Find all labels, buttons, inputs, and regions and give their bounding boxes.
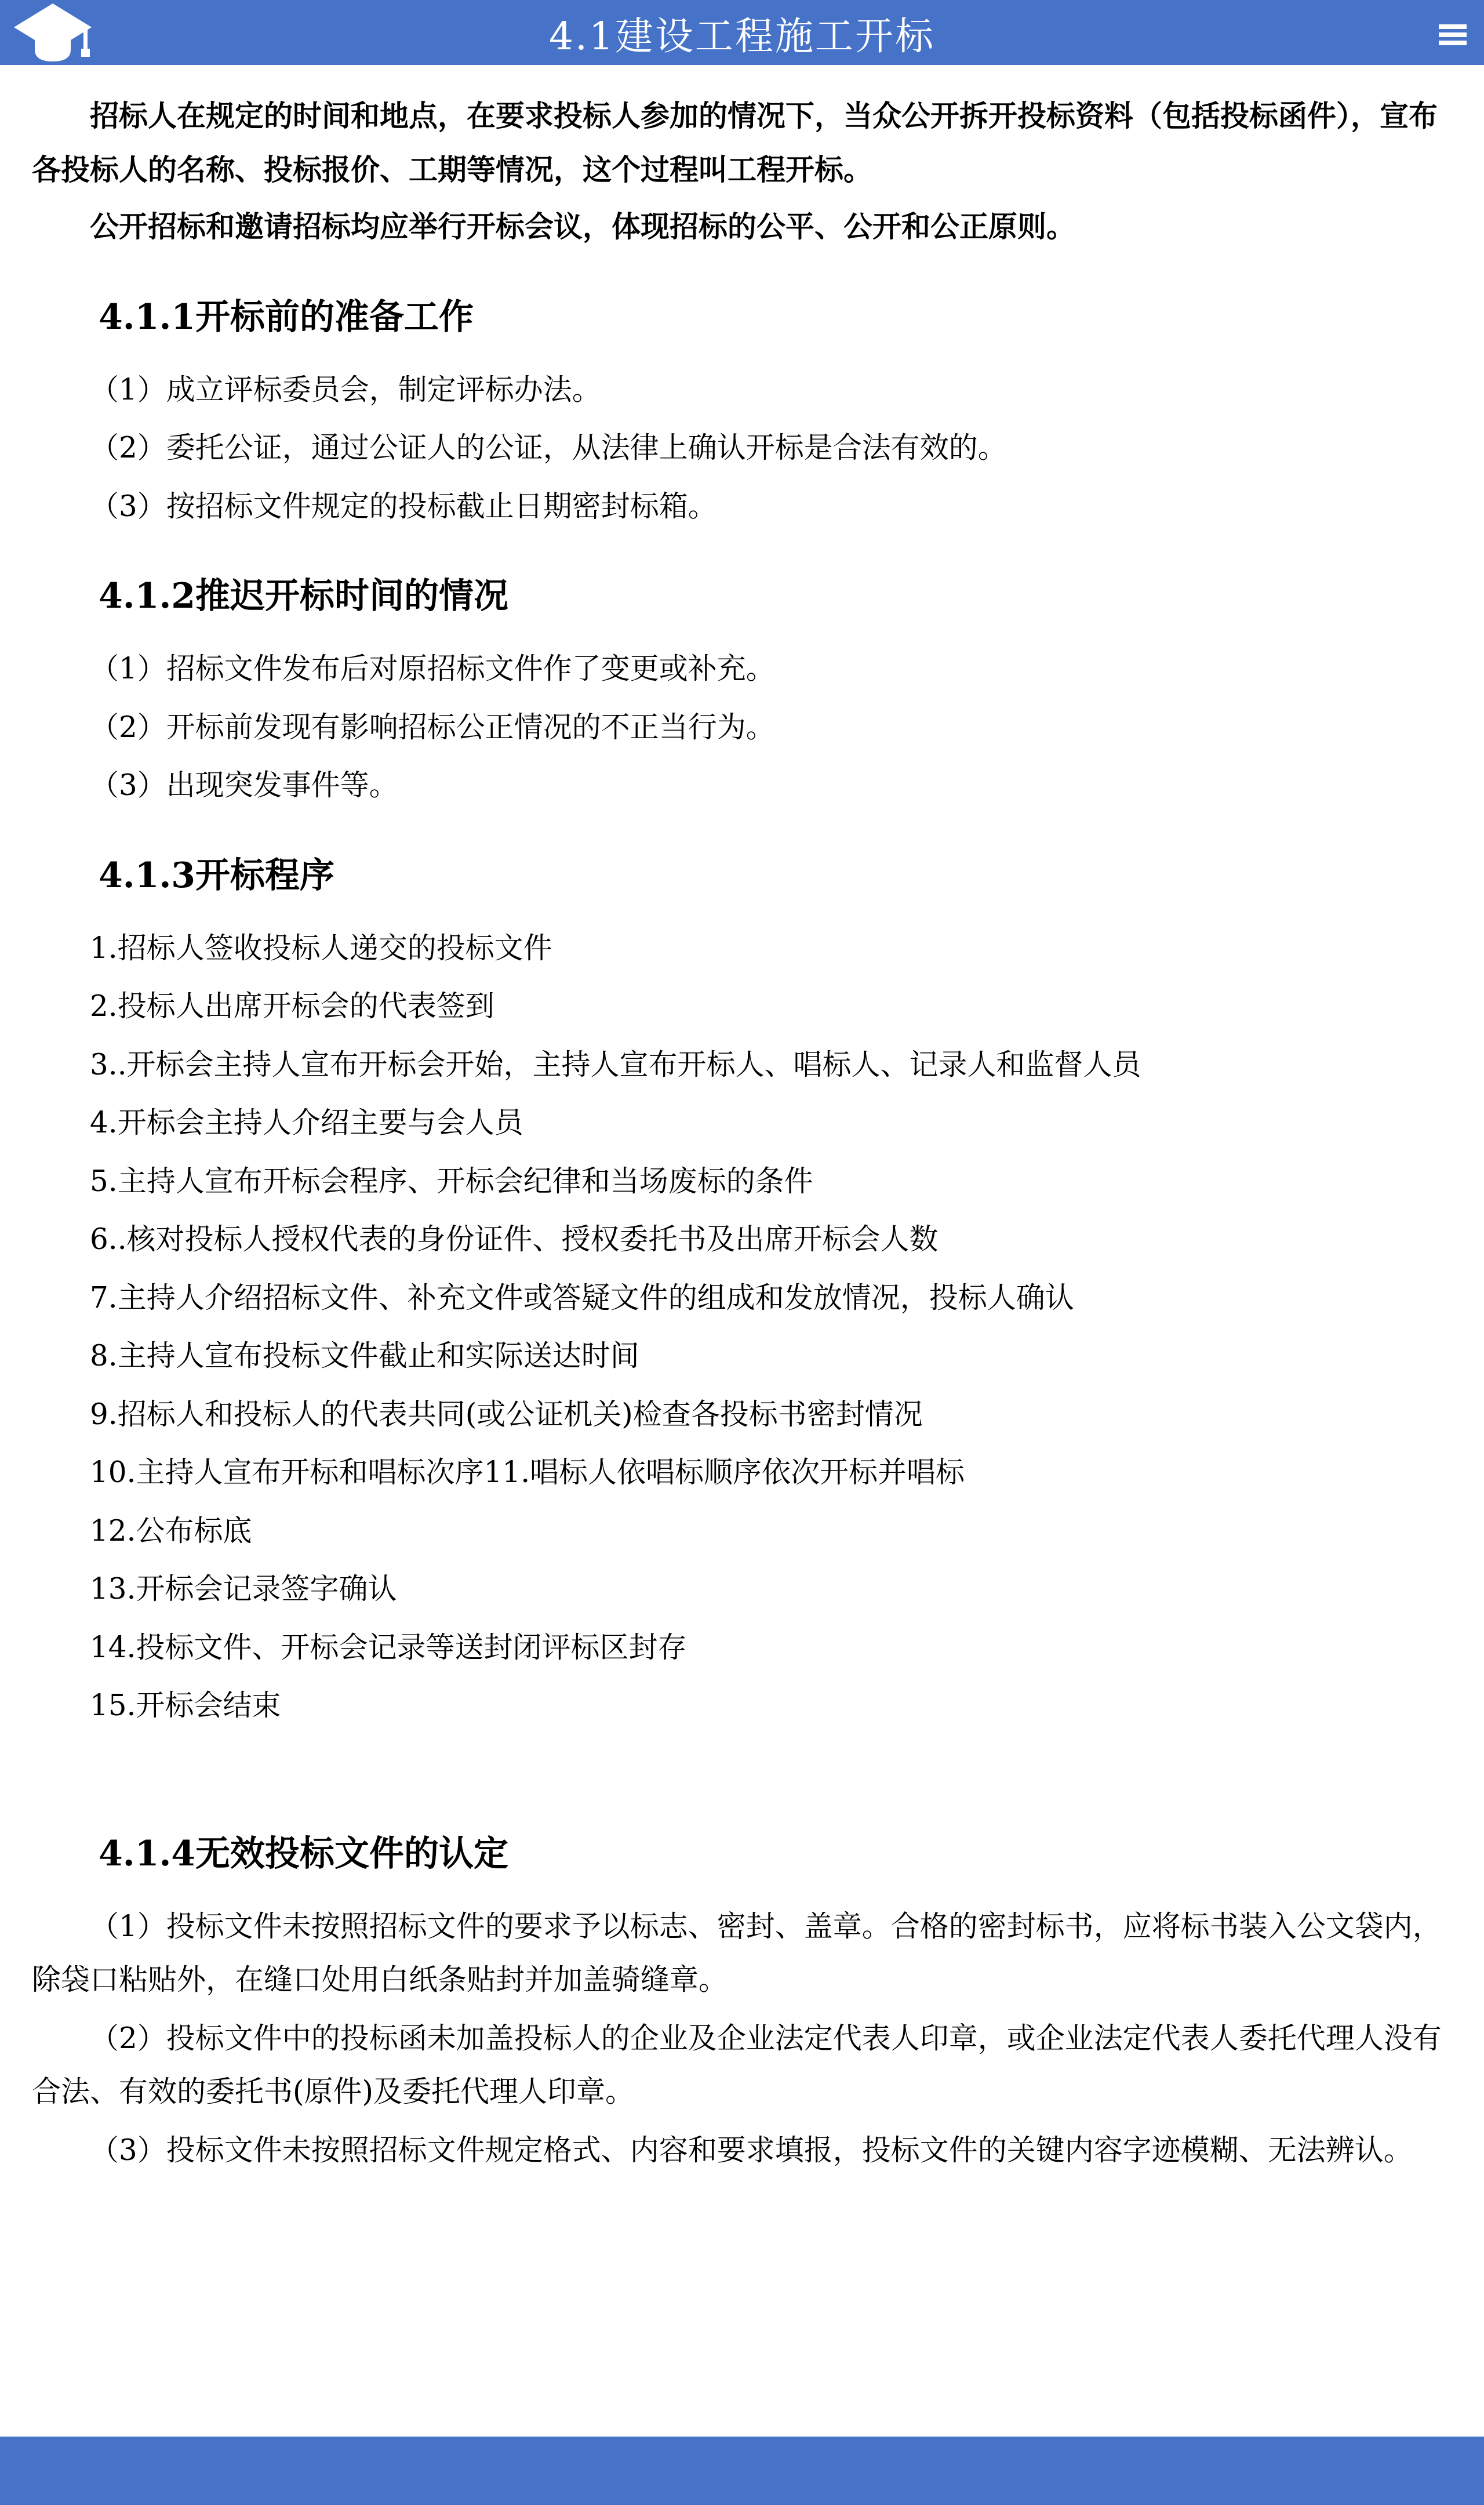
list-item: 12.公布标底 xyxy=(32,1504,1452,1558)
list-item: 4.开标会主持人介绍主要与会人员 xyxy=(32,1096,1452,1150)
list-item: 8.主持人宣布投标文件截止和实际送达时间 xyxy=(32,1329,1452,1383)
list-item: （3）投标文件未按照招标文件规定格式、内容和要求填报，投标文件的关键内容字迹模糊… xyxy=(32,2123,1452,2177)
list-item: （2）委托公证，通过公证人的公证，从法律上确认开标是合法有效的。 xyxy=(32,421,1452,475)
list-item: 15.开标会结束 xyxy=(32,1679,1452,1733)
list-item: 14.投标文件、开标会记录等送封闭评标区封存 xyxy=(32,1621,1452,1675)
app-header: 4.1建设工程施工开标 xyxy=(0,0,1484,65)
list-item: 1.招标人签收投标人递交的投标文件 xyxy=(32,921,1452,975)
intro-paragraph: 招标人在规定的时间和地点，在要求投标人参加的情况下，当众公开拆开投标资料（包括投… xyxy=(32,89,1452,197)
list-item: 7.主持人介绍招标文件、补充文件或答疑文件的组成和发放情况，投标人确认 xyxy=(32,1271,1452,1325)
graduation-cap-icon xyxy=(9,1,96,64)
list-item: 3..开标会主持人宣布开标会开始，主持人宣布开标人、唱标人、记录人和监督人员 xyxy=(32,1038,1452,1092)
list-item: 2.投标人出席开标会的代表签到 xyxy=(32,979,1452,1033)
list-item: 5.主持人宣布开标会程序、开标会纪律和当场废标的条件 xyxy=(32,1155,1452,1208)
list-item: （1）成立评标委员会，制定评标办法。 xyxy=(32,363,1452,417)
section-heading-4-1-4: 4.1.4无效投标文件的认定 xyxy=(99,1831,1452,1876)
list-item: （1）招标文件发布后对原招标文件作了变更或补充。 xyxy=(32,642,1452,696)
hamburger-menu-icon[interactable] xyxy=(1439,24,1467,45)
list-item: 13.开标会记录签字确认 xyxy=(32,1562,1452,1616)
list-item: （2）开标前发现有影响招标公正情况的不正当行为。 xyxy=(32,700,1452,754)
section-heading-4-1-3: 4.1.3开标程序 xyxy=(99,853,1452,898)
page: 4.1建设工程施工开标 招标人在规定的时间和地点，在要求投标人参加的情况下，当众… xyxy=(0,0,1484,2505)
document-body: 招标人在规定的时间和地点，在要求投标人参加的情况下，当众公开拆开投标资料（包括投… xyxy=(0,65,1484,2437)
section-heading-4-1-1: 4.1.1开标前的准备工作 xyxy=(99,295,1452,340)
list-item: 9.招标人和投标人的代表共同(或公证机关)检查各投标书密封情况 xyxy=(32,1388,1452,1442)
list-item: （3）出现突发事件等。 xyxy=(32,758,1452,812)
page-title: 4.1建设工程施工开标 xyxy=(549,5,935,60)
list-item: （2）投标文件中的投标函未加盖投标人的企业及企业法定代表人印章，或企业法定代表人… xyxy=(32,2012,1452,2119)
list-item: （1）投标文件未按照招标文件的要求予以标志、密封、盖章。合格的密封标书，应将标书… xyxy=(32,1900,1452,2007)
list-item: 6..核对投标人授权代表的身份证件、授权委托书及出席开标会人数 xyxy=(32,1212,1452,1266)
section-heading-4-1-2: 4.1.2推迟开标时间的情况 xyxy=(99,573,1452,619)
footer-bar xyxy=(0,2437,1484,2505)
list-item: 10.主持人宣布开标和唱标次序11.唱标人依唱标顺序依次开标并唱标 xyxy=(32,1446,1452,1500)
intro-paragraph: 公开招标和邀请招标均应举行开标会议，体现招标的公平、公开和公正原则。 xyxy=(32,200,1452,254)
list-item: （3）按招标文件规定的投标截止日期密封标箱。 xyxy=(32,480,1452,533)
